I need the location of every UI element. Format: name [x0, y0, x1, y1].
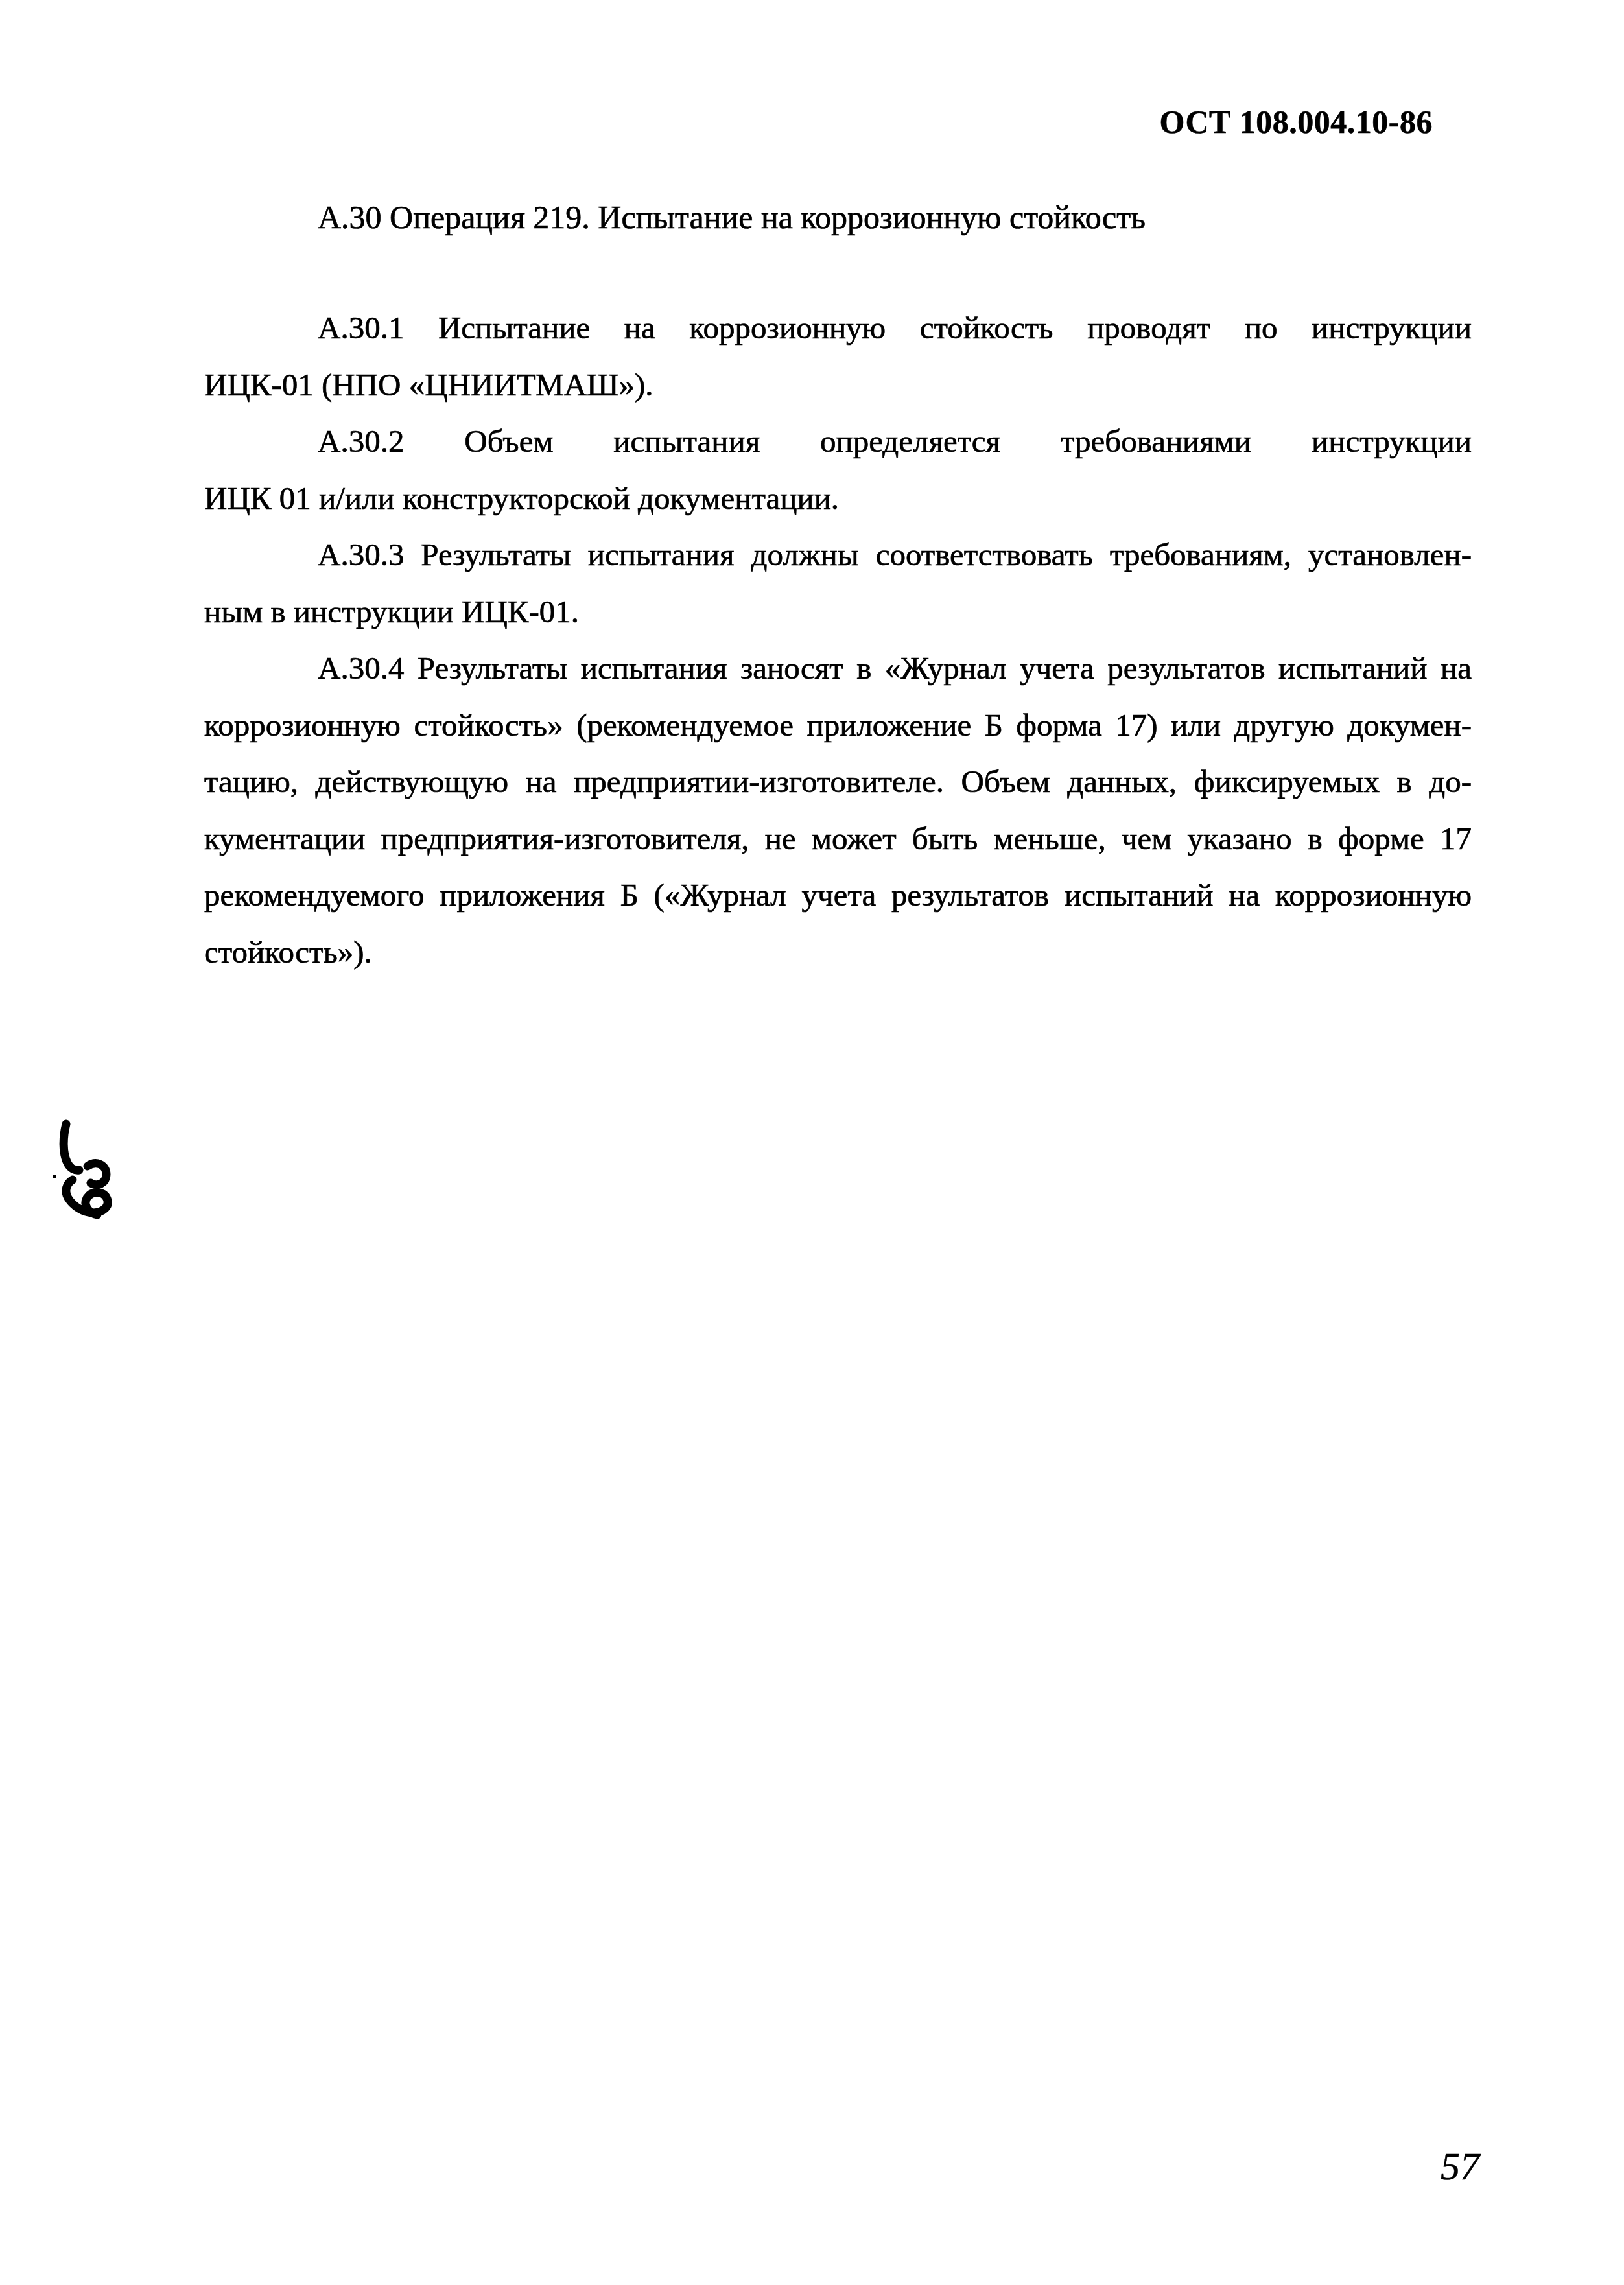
- paragraph-line: А.30.2 Объем испытания определяется треб…: [204, 413, 1472, 470]
- page-number: 57: [1441, 2147, 1479, 2186]
- paragraph-line: ИЦК-01 (НПО «ЦНИИТМАШ»).: [204, 357, 1472, 414]
- paragraph-line: ИЦК 01 и/или конструкторской документаци…: [204, 470, 1472, 527]
- paragraph-line: А.30.1 Испытание на коррозионную стойкос…: [204, 299, 1472, 357]
- paragraph-line: коррозионную стойкость» (рекомендуемое п…: [204, 697, 1472, 754]
- paragraph-line: А.30.3 Результаты испытания должны соотв…: [204, 526, 1472, 583]
- paragraph-line: стойкость»).: [204, 924, 1472, 981]
- body-text: А.30.1 Испытание на коррозионную стойкос…: [204, 299, 1472, 980]
- paragraph-line: тацию, действующую на предприятии-изгото…: [204, 753, 1472, 810]
- paragraph-line: ным в инструкции ИЦК-01.: [204, 583, 1472, 640]
- paragraph-line: рекомендуемого приложения Б («Журнал уче…: [204, 867, 1472, 924]
- handwritten-mark: [51, 1116, 122, 1226]
- document-page: ОСТ 108.004.10-86 А.30 Операция 219. Исп…: [0, 0, 1624, 2285]
- section-title: А.30 Операция 219. Испытание на коррозио…: [318, 201, 1146, 233]
- standard-code-header: ОСТ 108.004.10-86: [1159, 106, 1433, 138]
- paragraph-line: кументации предприятия-изготовителя, не …: [204, 810, 1472, 867]
- paragraph-line: А.30.4 Результаты испытания заносят в «Ж…: [204, 640, 1472, 697]
